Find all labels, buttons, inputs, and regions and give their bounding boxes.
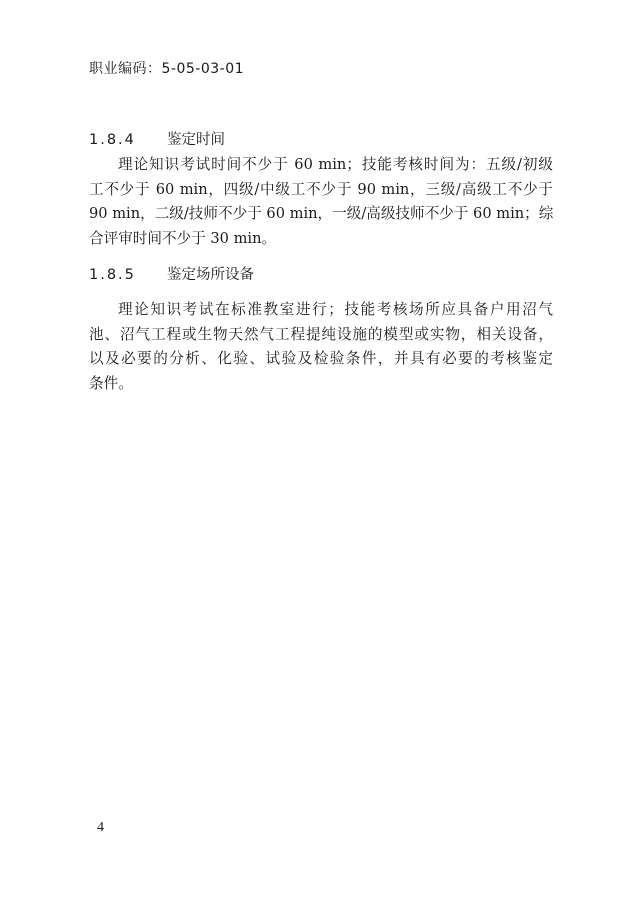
section-heading-1-8-5: 1.8.5鉴定场所设备 — [89, 263, 254, 284]
paragraph-appraisal-time: 理论知识考试时间不少于 60 min；技能考核时间为：五级/初级 工不少于 60… — [89, 153, 553, 251]
occupation-code: 职业编码：5-05-03-01 — [89, 58, 244, 78]
paragraph-line: 以及必要的分析、化验、试验及检验条件，并具有必要的考核鉴定 — [89, 347, 553, 372]
paragraph-line: 合评审时间不少于 30 min。 — [89, 227, 553, 252]
section-heading-1-8-4: 1.8.4鉴定时间 — [89, 128, 225, 149]
section-number: 1.8.5 — [89, 267, 167, 283]
page-number: 4 — [97, 820, 104, 836]
paragraph-line: 池、沼气工程或生物天然气工程提纯设施的模型或实物，相关设备， — [89, 323, 553, 348]
paragraph-line: 90 min，二级/技师不少于 60 min，一级/高级技师不少于 60 min… — [89, 202, 553, 227]
paragraph-line: 理论知识考试在标准教室进行；技能考核场所应具备户用沼气 — [89, 298, 553, 323]
paragraph-appraisal-venue: 理论知识考试在标准教室进行；技能考核场所应具备户用沼气 池、沼气工程或生物天然气… — [89, 298, 553, 396]
paragraph-line: 工不少于 60 min，四级/中级工不少于 90 min，三级/高级工不少于 — [89, 178, 553, 203]
paragraph-line: 条件。 — [89, 372, 553, 397]
section-number: 1.8.4 — [89, 132, 167, 148]
section-title: 鉴定场所设备 — [167, 267, 254, 283]
paragraph-line: 理论知识考试时间不少于 60 min；技能考核时间为：五级/初级 — [89, 153, 553, 178]
section-title: 鉴定时间 — [167, 132, 225, 148]
